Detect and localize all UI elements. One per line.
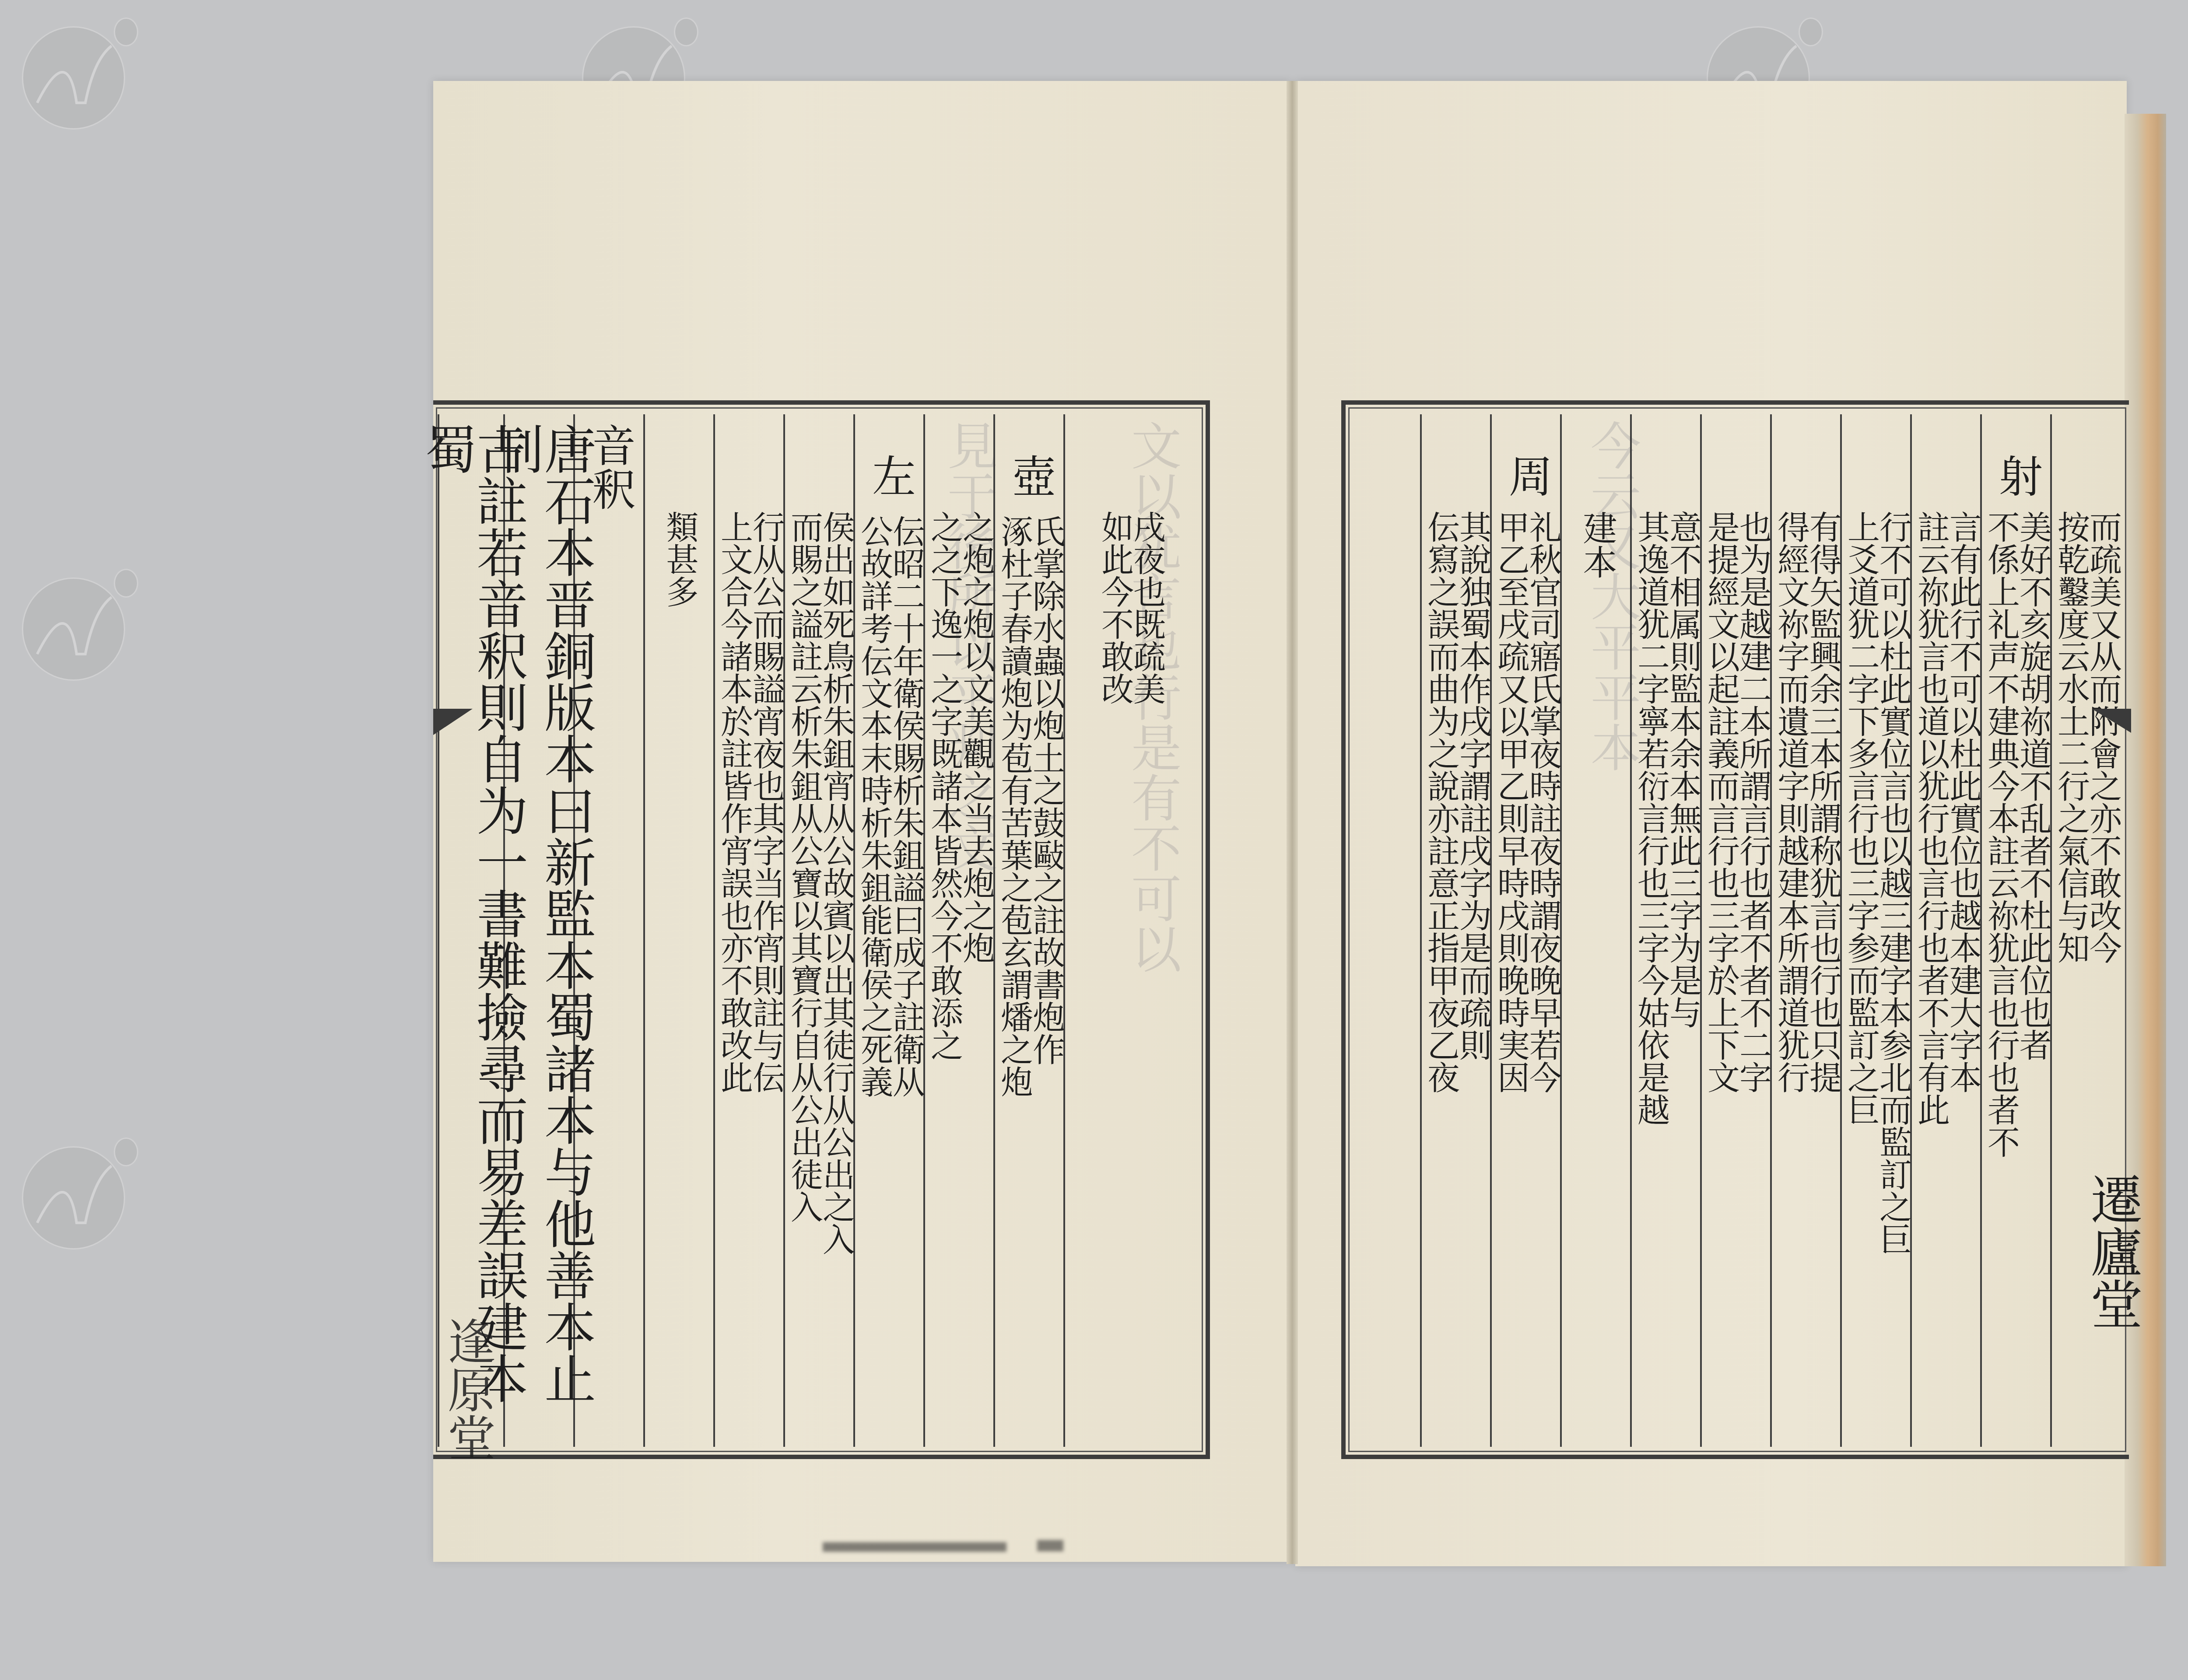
ink-smudge	[1037, 1540, 1063, 1551]
right-page-frame: 而疏美又从而附會之亦不敢改今 按乾鑿度云水土二行之氣信与知 射 美好不亥旋胡祢道…	[1341, 400, 2129, 1459]
text-column: 射 美好不亥旋胡祢道不乱者不杜此位也者 不係上礼声不建典今本註云祢犹言也行也者不	[1980, 414, 2052, 1447]
left-page-frame: 戌夜也既疏美 如此今不敢改 壺 氏掌除水蟲以炮土之鼓敺之註故書炮作 涿杜子春讀炮…	[433, 400, 1210, 1459]
fishtail-mark-left	[433, 709, 473, 735]
text-column: 左 伝昭二十年衛侯賜析朱鉏謚曰成子註衛从 公故詳考伝文本末時析朱鉏能衛侯之死義	[853, 414, 925, 1447]
text-column: 侯出如死鳥析朱鉏宵从公故賓以出其徒行从公出之入 而賜之謚註云析朱鉏从公寶以其寶行…	[783, 414, 855, 1447]
entry-heading: 射	[1985, 454, 2048, 497]
watermark-logo	[4, 547, 149, 691]
book-gutter	[1287, 81, 1298, 1564]
text-column: 言有此行不可以杜此實位也越本建大字本 註云祢犹言也道以犹行也言行也者不言有此	[1910, 414, 1982, 1447]
fishtail-mark-right	[2092, 709, 2131, 733]
text-column: 其說独蜀本作戌字謂註戌字为是而疏則 伝寫之誤而曲为之說亦註意正指甲夜乙夜	[1420, 414, 1492, 1447]
entry-heading: 壺	[999, 454, 1062, 497]
text-column: 戌夜也既疏美 如此今不敢改	[1063, 414, 1196, 1447]
text-column: 行从公而賜謚宵夜也其字当作宵則註与伝 上文合今諸本於註皆作宵誤也亦不敢改此	[713, 414, 785, 1447]
text-column: 也为是越建二本所謂言行也者不者不二字 是提經文以起註義而言行也三字於上下文	[1700, 414, 1772, 1447]
text-column: 之炮之炮以文美觀之当去炮之炮 之之下逸一之字既諸本皆然今不敢添之	[923, 414, 995, 1447]
page-edges	[2125, 114, 2166, 1566]
spine-label-left: 逢原堂	[433, 1317, 502, 1461]
text-column: 意不相属則監本余本無此三字为是与 其逸道犹二字寧若衍言行也三字今姑依是越	[1630, 414, 1702, 1447]
text-column: 周 礼秋官司寤氏掌夜時註夜時謂夜晚早若今 甲乙至戌疏又以甲乙則早時戌則晚時実因	[1490, 414, 1562, 1447]
watermark-logo	[4, 0, 149, 140]
watermark-logo	[4, 1116, 149, 1260]
entry-heading: 周	[1495, 454, 1558, 497]
entry-heading: 左	[859, 454, 922, 497]
text-column: 行不可以杜此實位言也以越三建字本参北而監訂之巨 上爻道犹二字下多言行也三字参而監…	[1840, 414, 1912, 1447]
text-column: 類甚多	[643, 414, 715, 1447]
text-column: 建本	[1560, 414, 1632, 1447]
spine-label-right: 遷廬堂	[2074, 1172, 2149, 1330]
entry-tail: 建本	[1581, 511, 1613, 579]
text-column: 壺 氏掌除水蟲以炮土之鼓敺之註故書炮作 涿杜子春讀炮为苞有苦葉之苞玄謂燔之炮	[993, 414, 1065, 1447]
text-column: 古註若音釈則自为一書難撿尋而易差誤建本蜀	[438, 414, 505, 1447]
text-column: 有得矢監興余三本所謂称犹言也行也只提 得經文祢字而遺道字則越建本所謂道犹行	[1770, 414, 1842, 1447]
ink-smudge	[823, 1542, 1006, 1552]
